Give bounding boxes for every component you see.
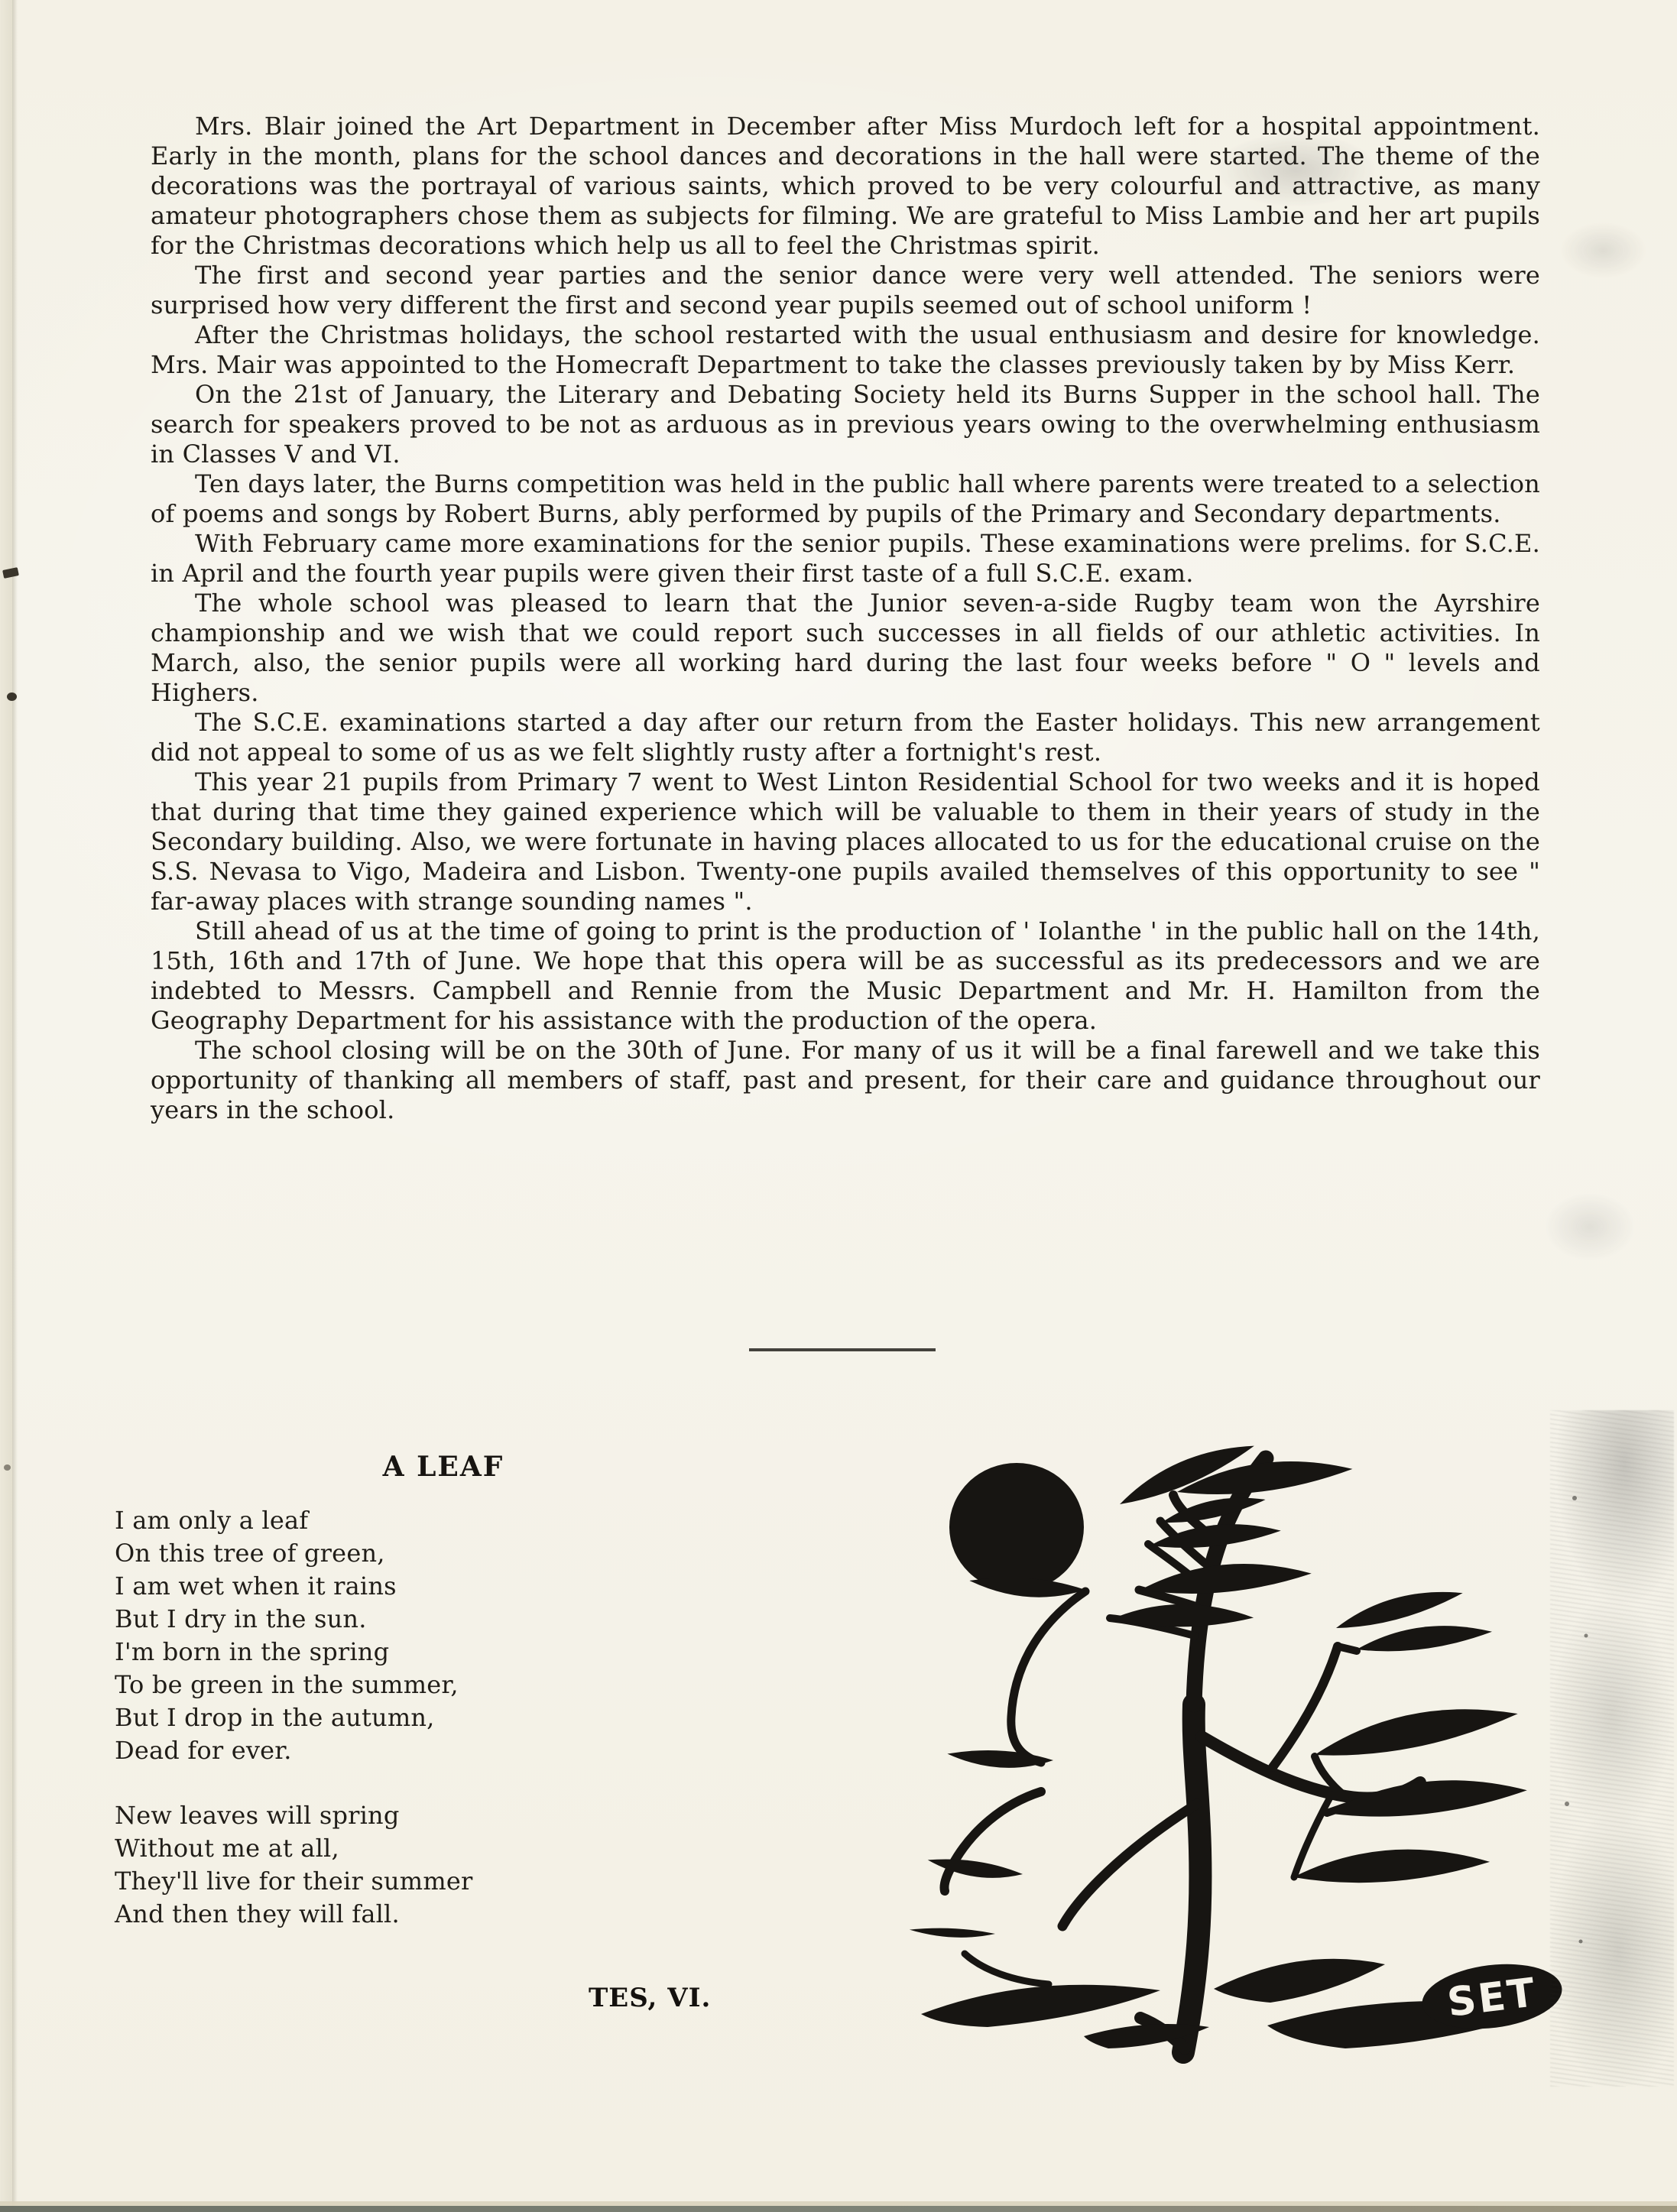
report-paragraph: The whole school was pleased to learn th…	[151, 589, 1540, 708]
poem-line: They'll live for their summer	[115, 1865, 650, 1898]
poem-signature: TES, VI.	[589, 1983, 711, 2013]
poem-line: I'm born in the spring	[115, 1636, 650, 1669]
scan-smudge	[1559, 222, 1647, 279]
poem-line: But I dry in the sun.	[115, 1603, 650, 1636]
report-paragraph: This year 21 pupils from Primary 7 went …	[151, 767, 1540, 916]
scan-smudge	[1544, 1192, 1636, 1261]
section-divider-rule	[749, 1348, 936, 1351]
report-paragraph: After the Christmas holidays, the school…	[151, 320, 1540, 380]
report-paragraph: The first and second year parties and th…	[151, 261, 1540, 320]
staple-mark	[4, 1464, 11, 1471]
poem-stanza-1: I am only a leaf On this tree of green, …	[115, 1504, 650, 1767]
tree-linocut-illustration: SET	[856, 1406, 1620, 2079]
binding-crease	[12, 0, 18, 2212]
poem-line: I am only a leaf	[115, 1504, 650, 1537]
report-paragraph: Ten days later, the Burns competition wa…	[151, 469, 1540, 529]
page-edge-left	[0, 0, 12, 2212]
magazine-page: Mrs. Blair joined the Art Department in …	[0, 0, 1677, 2212]
poem-line: To be green in the summer,	[115, 1669, 650, 1701]
poem-line: But I drop in the autumn,	[115, 1701, 650, 1734]
poem-line: Dead for ever.	[115, 1734, 650, 1767]
toner-specks	[1565, 1496, 1588, 1944]
report-paragraph: With February came more examinations for…	[151, 529, 1540, 589]
report-paragraph: The S.C.E. examinations started a day af…	[151, 708, 1540, 767]
poem-line: Without me at all,	[115, 1832, 650, 1865]
poem-line: And then they will fall.	[115, 1898, 650, 1931]
sun-shape	[949, 1463, 1084, 1591]
report-paragraph: On the 21st of January, the Literary and…	[151, 380, 1540, 469]
poem-line: I am wet when it rains	[115, 1570, 650, 1603]
poem-stanza-2: New leaves will spring Without me at all…	[115, 1799, 650, 1931]
school-report-article: Mrs. Blair joined the Art Department in …	[151, 112, 1540, 1125]
poem-line: On this tree of green,	[115, 1537, 650, 1570]
poem-line: New leaves will spring	[115, 1799, 650, 1832]
report-paragraph: Still ahead of us at the time of going t…	[151, 916, 1540, 1036]
scan-bed-bottom-bar	[0, 2206, 1677, 2212]
staple-mark	[7, 692, 17, 701]
report-paragraph: Mrs. Blair joined the Art Department in …	[151, 112, 1540, 261]
report-paragraph: The school closing will be on the 30th o…	[151, 1036, 1540, 1125]
poem-title: A LEAF	[321, 1451, 566, 1483]
